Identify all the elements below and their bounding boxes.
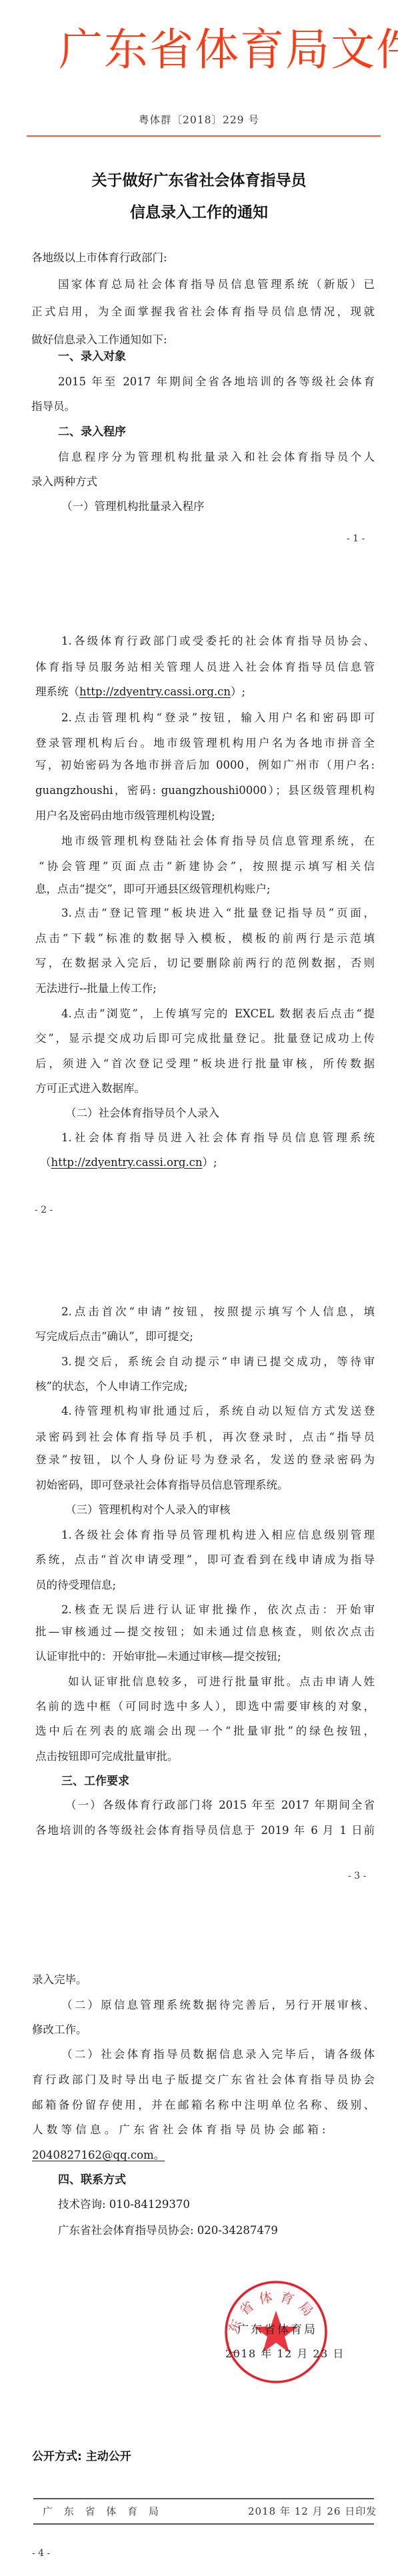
line-text: （二）原信息管理系统数据待完善后，另行开展审核、: [61, 1999, 375, 2011]
body-line: 点击按钮即可完成批量审批。: [0, 1747, 398, 1767]
system-url-link[interactable]: http://zdyentry.cassi.org.cn: [51, 1156, 203, 1169]
body-line: 如认证审批信息较多，可进行批量审批。点击申请人姓: [0, 1672, 398, 1692]
line-text: （一）管理机构批量录入程序: [61, 500, 205, 513]
body-line: 员的待受理信息;: [0, 1575, 398, 1595]
body-line: 育行政部门及时导出电子版提交广东省社会体育指导员协会: [0, 2070, 398, 2090]
body-line: 初始密码，即可登录社会体育指导员信息管理系统。: [0, 1475, 398, 1495]
line-text: 1.各级社会体育指导员管理机构进入相应信息级别管理: [61, 1529, 375, 1541]
line-text: ）;: [203, 1156, 217, 1169]
line-text: 如认证审批信息较多，可进行批量审批。点击申请人姓: [68, 1675, 375, 1688]
body-line: 4.待管理机构审批通过后，系统自动以短信方式发送登: [0, 1401, 398, 1421]
body-line: 无法进行--批量上传工作;: [0, 979, 398, 999]
line-text: 4.点击“浏览”，上传填写完的 EXCEL 数据表后点击“提: [61, 1007, 375, 1020]
line-text: 登录管理机构后台。地市级管理机构用户名为各地市拼音全: [35, 737, 375, 749]
body-line: 写，在数据录入完后，切记要删除前两行的范例数据，否则: [0, 953, 398, 973]
line-text: 员的待受理信息;: [35, 1579, 116, 1591]
line-text: 各地级以上市体育行政部门:: [31, 251, 167, 264]
page-number: - 3 -: [348, 1871, 366, 1881]
body-line: 人 数 等 信 息 。 广 东 省 社 会 体 育 指 导 员 协 会 邮 箱 …: [0, 2120, 398, 2140]
body-line: 正式启用，为全面掌握我省社会体育指导员信息情况，现就: [0, 302, 398, 322]
line-text: ）;: [231, 685, 245, 698]
body-line: （二）社会体育指导员个人录入: [0, 1103, 398, 1123]
line-text: 写，初始密码为各地市拼音后加 0000，例如广州市（用户名:: [35, 759, 375, 771]
line-text: （三）管理机构对个人录入的审核: [65, 1503, 231, 1516]
body-line: （http://zdyentry.cassi.org.cn）;: [0, 1153, 398, 1173]
body-line: （二）社会体育指导员数据信息录入完毕后，请各级体: [0, 2045, 398, 2065]
body-line: 系统，点击“首次申请受理”，即可查看到在线申请成为指导: [0, 1550, 398, 1570]
body-line: 核”的状态，个人申请工作完成;: [0, 1377, 398, 1397]
body-line: 登录”按钮，以个人身份证号为登录名，发送的登录密码为: [0, 1450, 398, 1470]
body-line: 批—审核通过—提交按钮；如未通过信息核查，则依次点击: [0, 1622, 398, 1642]
body-line: 点击“下载”标准的数据导入模板，模板的前两行是示范填: [0, 929, 398, 949]
disclosure-mode: 公开方式: 主动公开: [32, 2447, 131, 2463]
email-link[interactable]: 2040827162@qq.com。: [32, 2149, 165, 2161]
line-text: guangzhoushi，密码: guangzhoushi0000）；县区级管理…: [35, 784, 375, 797]
body-line: 1.各级社会体育指导员管理机构进入相应信息级别管理: [0, 1525, 398, 1545]
line-text: 二、录入程序: [58, 425, 126, 439]
line-text: 人 数 等 信 息 。 广 东 省 社 会 体 育 指 导 员 协 会 邮 箱 …: [32, 2123, 325, 2136]
body-line: 登录管理机构后台。地市级管理机构用户名为各地市拼音全: [0, 733, 398, 753]
line-text: 技术咨询: 010-84129370: [58, 2198, 190, 2211]
body-line: 方可正式进入数据库。: [0, 1079, 398, 1099]
body-line: 后，须进入“首次登记受理”板块进行批量审核，所传数据: [0, 1054, 398, 1074]
footer-bottom-rule: [33, 2523, 374, 2525]
line-text: 交”，显示提交成功后即可完成批量登记。批量登记成功上传: [35, 1032, 375, 1045]
body-line: 技术咨询: 010-84129370: [0, 2195, 398, 2215]
line-text: 录入两种方式: [31, 475, 97, 488]
body-line: 选中后在列表的底端会出现一个“批量审批”的绿色按钮，: [0, 1721, 398, 1741]
body-line: 3.点击“登记管理”板块进入“批量登记指导员”页面，: [0, 903, 398, 923]
signature-org: 广东省体育局: [237, 2320, 317, 2337]
body-line: 2.点击首次“申请”按钮，按照提示填写个人信息，填: [0, 1302, 398, 1322]
body-line: 广东省社会体育指导员协会: 020-34287479: [0, 2221, 398, 2241]
line-text: 1.各级体育行政部门或受委托的社会体育指导员协会、: [61, 635, 375, 647]
line-text: 写完成后点击“确认”，即可提交;: [35, 1330, 193, 1343]
body-line: 2.点击管理机构“登录”按钮，输入用户名和密码即可: [0, 708, 398, 728]
body-line: 写，初始密码为各地市拼音后加 0000，例如广州市（用户名:: [0, 755, 398, 775]
signature-date: 2018 年 12 月 23 日: [225, 2345, 345, 2361]
line-text: 4.待管理机构审批通过后，系统自动以短信方式发送登: [61, 1405, 375, 1417]
line-text: 国家体育总局社会体育指导员信息管理系统（新版）已: [58, 278, 375, 291]
line-text: 各地培训的各等级社会体育指导员信息于 2019 年 6 月 1 日前: [35, 1824, 375, 1837]
line-text: 1.社会体育指导员进入社会体育指导员信息管理系统: [61, 1131, 375, 1144]
line-text: 写，在数据录入完后，切记要删除前两行的范例数据，否则: [35, 957, 375, 969]
line-text: 2.点击管理机构“登录”按钮，输入用户名和密码即可: [61, 711, 375, 724]
body-line: 交”，显示提交成功后即可完成批量登记。批量登记成功上传: [0, 1029, 398, 1049]
line-text: 录密码到社会体育指导员手机，再次登录时，点击“指导员: [35, 1431, 375, 1443]
line-text: 无法进行--批量上传工作;: [35, 982, 157, 995]
section-heading: 四、联系方式: [0, 2170, 398, 2190]
line-text: 一、录入对象: [58, 350, 126, 363]
line-text: 批—审核通过—提交按钮；如未通过信息核查，则依次点击: [35, 1625, 375, 1638]
page-number: - 4 -: [32, 2548, 50, 2559]
body-line: （一）各级体育行政部门将 2015 年至 2017 年期间全省: [0, 1795, 398, 1815]
body-line: 录密码到社会体育指导员手机，再次登录时，点击“指导员: [0, 1427, 398, 1447]
line-text: 3.点击“登记管理”板块进入“批量登记指导员”页面，: [61, 907, 375, 919]
line-text: 录入完毕。: [32, 1973, 87, 1986]
line-text: 地市级管理机构登陆社会体育指导员信息管理系统，在: [61, 835, 375, 847]
line-text: （一）各级体育行政部门将 2015 年至 2017 年期间全省: [65, 1799, 375, 1811]
body-line: （三）管理机构对个人录入的审核: [0, 1500, 398, 1520]
line-text: （二）社会体育指导员数据信息录入完毕后，请各级体: [61, 2048, 375, 2061]
body-line: 4.点击“浏览”，上传填写完的 EXCEL 数据表后点击“提: [0, 1004, 398, 1024]
body-line: 认证审批中的：开始审批—未通过审核—提交按钮;: [0, 1647, 398, 1667]
header-red-rule: [27, 135, 381, 137]
section-heading: 二、录入程序: [0, 422, 398, 442]
line-text: 点击“下载”标准的数据导入模板，模板的前两行是示范填: [35, 932, 375, 945]
line-text: 2.核查无误后进行认证审批操作，依次点击：开始审: [61, 1603, 375, 1616]
body-line: 2.核查无误后进行认证审批操作，依次点击：开始审: [0, 1600, 398, 1620]
line-text: 3.提交后，系统会自动提示“申请已提交成功，等待审: [61, 1355, 375, 1368]
line-text: 广东省社会体育指导员协会: 020-34287479: [58, 2224, 278, 2237]
body-line: 息，点击“提交”，即可开通县区级管理机构账户;: [0, 879, 398, 899]
body-line: 信息程序分为管理机构批量录入和社会体育指导员个人: [0, 447, 398, 467]
line-text: 四、联系方式: [58, 2173, 126, 2187]
line-text: 理系统（: [35, 685, 79, 698]
line-text: 后，须进入“首次登记受理”板块进行批量审核，所传数据: [35, 1057, 375, 1070]
footer-issuer: 广 东 省 体 育 局: [43, 2504, 163, 2518]
line-text: 2.点击首次“申请”按钮，按照提示填写个人信息，填: [61, 1305, 375, 1318]
line-text: 修改工作。: [32, 2023, 87, 2036]
body-line: “协会管理”页面点击“新建协会”，按照提示填写相关信: [0, 857, 398, 877]
body-line: 各地级以上市体育行政部门:: [0, 248, 398, 268]
body-line: （二）原信息管理系统数据待完善后，另行开展审核、: [0, 1995, 398, 2015]
line-text: （: [40, 1156, 51, 1169]
footer-top-rule: [33, 2498, 374, 2499]
body-line: 理系统（http://zdyentry.cassi.org.cn）;: [0, 682, 398, 702]
line-text: 系统，点击“首次申请受理”，即可查看到在线申请成为指导: [35, 1553, 375, 1566]
body-line: 体育指导员服务站相关管理人员进入社会体育指导员信息管: [0, 657, 398, 677]
body-line: 录入两种方式: [0, 472, 398, 492]
section-heading: 一、录入对象: [0, 347, 398, 367]
line-text: “协会管理”页面点击“新建协会”，按照提示填写相关信: [39, 860, 375, 873]
body-line: 国家体育总局社会体育指导员信息管理系统（新版）已: [0, 275, 398, 295]
body-line: 各地培训的各等级社会体育指导员信息于 2019 年 6 月 1 日前: [0, 1821, 398, 1841]
line-text: 用户名及密码由地市级管理机构设置;: [35, 809, 215, 822]
notice-title-line-1: 关于做好广东省社会体育指导员: [0, 168, 398, 190]
line-text: 育行政部门及时导出电子版提交广东省社会体育指导员协会: [32, 2073, 375, 2086]
page-number: - 2 -: [35, 1205, 53, 1215]
footer-issue-date: 2018 年 12 月 26 日印发: [248, 2504, 377, 2518]
line-text: 核”的状态，个人申请工作完成;: [35, 1380, 188, 1393]
document-header-title: 广东省体育局文件: [59, 20, 352, 80]
body-line: 名前的选中框（可同时选中多人），即选中需要审核的对象，: [0, 1697, 398, 1717]
body-line: guangzhoushi，密码: guangzhoushi0000）；县区级管理…: [0, 781, 398, 801]
page-number: - 1 -: [347, 533, 365, 544]
body-line: 2015 年至 2017 年期间全省各地培训的各等级社会体育: [0, 372, 398, 392]
body-line: 2040827162@qq.com。: [0, 2145, 398, 2165]
document-number: 粤体群〔2018〕229 号: [0, 112, 398, 127]
body-line: 修改工作。: [0, 2020, 398, 2040]
body-line: （一）管理机构批量录入程序: [0, 497, 398, 517]
line-text: 息，点击“提交”，即可开通县区级管理机构账户;: [35, 883, 270, 895]
line-text: 点击按钮即可完成批量审批。: [35, 1750, 179, 1763]
line-text: 2015 年至 2017 年期间全省各地培训的各等级社会体育: [58, 375, 375, 388]
body-line: 邮箱备份留存使用，并在邮箱名称中注明单位名称、级别、: [0, 2095, 398, 2115]
system-url-link[interactable]: http://zdyentry.cassi.org.cn: [79, 685, 231, 698]
line-text: 正式启用，为全面掌握我省社会体育指导员信息情况，现就: [31, 305, 375, 318]
line-text: 名前的选中框（可同时选中多人），即选中需要审核的对象，: [35, 1700, 375, 1713]
body-line: 1.各级体育行政部门或受委托的社会体育指导员协会、: [0, 631, 398, 651]
section-heading: 三、工作要求: [0, 1771, 398, 1791]
body-line: 录入完毕。: [0, 1970, 398, 1990]
line-text: 指导员。: [31, 400, 75, 413]
body-line: 指导员。: [0, 397, 398, 417]
line-text: 选中后在列表的底端会出现一个“批量审批”的绿色按钮，: [35, 1725, 375, 1737]
body-line: 1.社会体育指导员进入社会体育指导员信息管理系统: [0, 1128, 398, 1148]
line-text: 登录”按钮，以个人身份证号为登录名，发送的登录密码为: [35, 1453, 375, 1466]
line-text: 邮箱备份留存使用，并在邮箱名称中注明单位名称、级别、: [32, 2099, 375, 2111]
line-text: 做好信息录入工作通知如下:: [31, 333, 167, 346]
line-text: 三、工作要求: [61, 1775, 129, 1788]
body-line: 写完成后点击“确认”，即可提交;: [0, 1327, 398, 1347]
line-text: 体育指导员服务站相关管理人员进入社会体育指导员信息管: [35, 661, 375, 673]
line-text: 认证审批中的：开始审批—未通过审核—提交按钮;: [35, 1650, 281, 1663]
body-line: 用户名及密码由地市级管理机构设置;: [0, 806, 398, 826]
notice-title-line-2: 信息录入工作的通知: [0, 200, 398, 222]
body-line: 3.提交后，系统会自动提示“申请已提交成功，等待审: [0, 1352, 398, 1372]
line-text: 初始密码，即可登录社会体育指导员信息管理系统。: [35, 1479, 289, 1491]
line-text: 信息程序分为管理机构批量录入和社会体育指导员个人: [58, 451, 375, 463]
line-text: （二）社会体育指导员个人录入: [65, 1107, 219, 1119]
line-text: 方可正式进入数据库。: [35, 1082, 145, 1095]
body-line: 地市级管理机构登陆社会体育指导员信息管理系统，在: [0, 831, 398, 851]
